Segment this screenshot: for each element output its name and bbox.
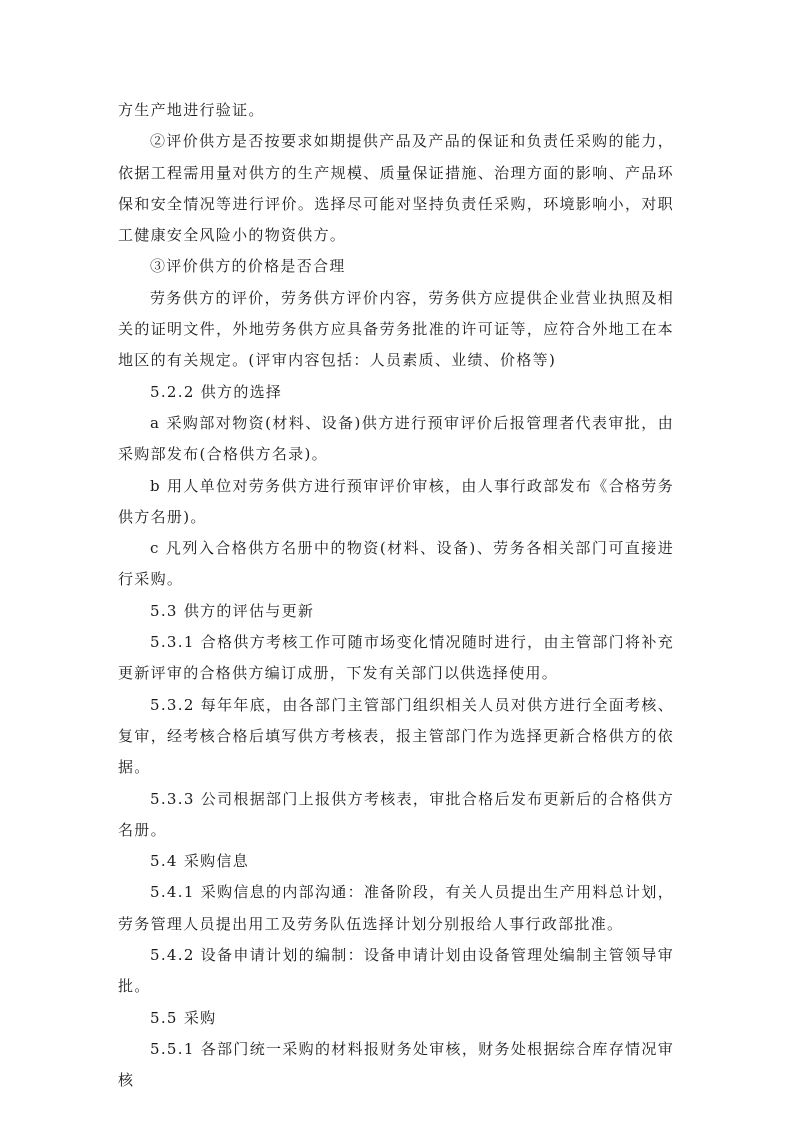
paragraph-5-4-1: 5.4.1 采购信息的内部沟通：准备阶段，有关人员提出生产用料总计划，劳务管理人… xyxy=(118,877,674,940)
document-page: 方生产地进行验证。 ②评价供方是否按要求如期提供产品及产品的保证和负责任采购的能… xyxy=(118,95,674,1097)
paragraph-evaluate-capability: ②评价供方是否按要求如期提供产品及产品的保证和负责任采购的能力，依据工程需用量对… xyxy=(118,126,674,251)
section-heading-5-5: 5.5 采购 xyxy=(118,1003,674,1034)
section-heading-5-4: 5.4 采购信息 xyxy=(118,846,674,877)
section-heading-5-3: 5.3 供方的评估与更新 xyxy=(118,596,674,627)
paragraph-5-5-1: 5.5.1 各部门统一采购的材料报财务处审核，财务处根据综合库存情况审核 xyxy=(118,1034,674,1097)
paragraph-5-3-1: 5.3.1 合格供方考核工作可随市场变化情况随时进行，由主管部门将补充更新评审的… xyxy=(118,627,674,690)
paragraph-continuation: 方生产地进行验证。 xyxy=(118,95,674,126)
paragraph-evaluate-price: ③评价供方的价格是否合理 xyxy=(118,251,674,282)
paragraph-item-c: c 凡列入合格供方名册中的物资(材料、设备)、劳务各相关部门可直接进行采购。 xyxy=(118,533,674,596)
paragraph-5-3-3: 5.3.3 公司根据部门上报供方考核表，审批合格后发布更新后的合格供方名册。 xyxy=(118,784,674,847)
paragraph-item-a: a 采购部对物资(材料、设备)供方进行预审评价后报管理者代表审批，由采购部发布(… xyxy=(118,408,674,471)
paragraph-5-4-2: 5.4.2 设备申请计划的编制：设备申请计划由设备管理处编制主管领导审批。 xyxy=(118,940,674,1003)
paragraph-5-3-2: 5.3.2 每年年底，由各部门主管部门组织相关人员对供方进行全面考核、复审，经考… xyxy=(118,690,674,784)
paragraph-item-b: b 用人单位对劳务供方进行预审评价审核，由人事行政部发布《合格劳务供方名册)。 xyxy=(118,471,674,534)
section-heading-5-2-2: 5.2.2 供方的选择 xyxy=(118,377,674,408)
paragraph-labor-supplier: 劳务供方的评价，劳务供方评价内容，劳务供方应提供企业营业执照及相关的证明文件，外… xyxy=(118,283,674,377)
